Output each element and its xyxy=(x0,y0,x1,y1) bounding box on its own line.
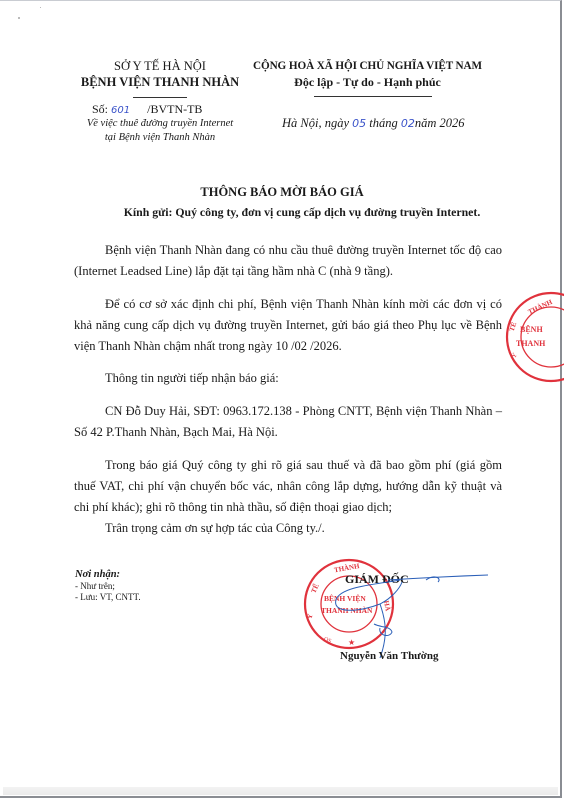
svg-text:TẾ: TẾ xyxy=(310,582,321,594)
scan-speck xyxy=(18,17,20,19)
document-subject: Về việc thuê đường truyền Internet tại B… xyxy=(60,117,260,145)
national-header: CỘNG HOÀ XÃ HỘI CHỦ NGHĨA VIỆT NAM Độc l… xyxy=(245,58,490,90)
paragraph-text: Bệnh viện Thanh Nhàn đang có nhu cầu thu… xyxy=(74,240,502,282)
body-paragraph-5: Trong báo giá Quý công ty ghi rõ giá sau… xyxy=(74,455,502,518)
organization-name: BỆNH VIỆN THANH NHÀN xyxy=(60,74,260,90)
nation-title: CỘNG HOÀ XÃ HỘI CHỦ NGHĨA VIỆT NAM xyxy=(245,58,490,74)
department-name: SỞ Y TẾ HÀ NỘI xyxy=(60,58,260,74)
recipient-item: - Như trên; xyxy=(75,581,141,592)
svg-text:BỆNH: BỆNH xyxy=(520,325,543,334)
body-paragraph-6: Trân trọng cảm ơn sự hợp tác của Công ty… xyxy=(74,518,502,539)
svg-text:TẾ: TẾ xyxy=(508,321,519,333)
date-day: 05 xyxy=(352,117,366,130)
signer-name: Nguyễn Văn Thường xyxy=(340,650,439,662)
page-bottom-edge xyxy=(3,787,558,795)
paragraph-text: CN Đỗ Duy Hải, SĐT: 0963.172.138 - Phòng… xyxy=(74,401,502,443)
paragraph-text: Để có cơ sở xác định chi phí, Bệnh viện … xyxy=(74,294,502,357)
header-left-divider xyxy=(133,97,187,98)
body-paragraph-3: Thông tin người tiếp nhận báo giá: xyxy=(74,368,502,389)
scan-speck xyxy=(40,7,41,8)
paragraph-text: Trân trọng cảm ơn sự hợp tác của Công ty… xyxy=(74,518,502,539)
document-number: Số: 601 /BVTN-TB xyxy=(92,102,202,117)
recipients-label: Nơi nhận: xyxy=(75,568,141,581)
date-prefix: Hà Nội, ngày xyxy=(282,116,349,130)
document-title: THÔNG BÁO MỜI BÁO GIÁ xyxy=(0,185,564,200)
date-month: 02 xyxy=(401,117,415,130)
body-paragraph-2: Để có cơ sở xác định chi phí, Bệnh viện … xyxy=(74,294,502,357)
body-paragraph-1: Bệnh viện Thanh Nhàn đang có nhu cầu thu… xyxy=(74,240,502,282)
issue-date: Hà Nội, ngày 05 tháng 02năm 2026 xyxy=(282,116,465,131)
header-right-divider xyxy=(314,96,432,97)
recipients-block: Nơi nhận: - Như trên; - Lưu: VT, CNTT. xyxy=(75,568,141,603)
svg-text:Y: Y xyxy=(510,351,519,359)
svg-text:THANH: THANH xyxy=(516,339,546,348)
body-paragraph-4: CN Đỗ Duy Hải, SĐT: 0963.172.138 - Phòng… xyxy=(74,401,502,443)
recipient-item: - Lưu: VT, CNTT. xyxy=(75,592,141,603)
recipient-line: Kính gửi: Quý công ty, đơn vị cung cấp d… xyxy=(0,205,564,220)
paragraph-text: Thông tin người tiếp nhận báo giá: xyxy=(74,368,502,389)
number-handwritten: 601 xyxy=(111,105,130,116)
number-suffix: /BVTN-TB xyxy=(147,102,202,116)
subject-line-2: tại Bệnh viện Thanh Nhàn xyxy=(60,131,260,145)
signature-icon xyxy=(330,566,490,661)
recipient-text: Kính gửi: Quý công ty, đơn vị cung cấp d… xyxy=(124,205,481,220)
official-stamp-icon: THÀNH TẾ BỆNH THANH Y xyxy=(504,290,564,384)
number-label: Số: xyxy=(92,102,108,116)
national-motto: Độc lập - Tự do - Hạnh phúc xyxy=(245,74,490,90)
issuing-authority: SỞ Y TẾ HÀ NỘI BỆNH VIỆN THANH NHÀN xyxy=(60,58,260,90)
subject-line-1: Về việc thuê đường truyền Internet xyxy=(60,117,260,131)
svg-text:Y: Y xyxy=(306,613,315,619)
paragraph-text: Trong báo giá Quý công ty ghi rõ giá sau… xyxy=(74,455,502,518)
date-month-label: tháng xyxy=(369,116,397,130)
date-year: năm 2026 xyxy=(415,116,465,130)
